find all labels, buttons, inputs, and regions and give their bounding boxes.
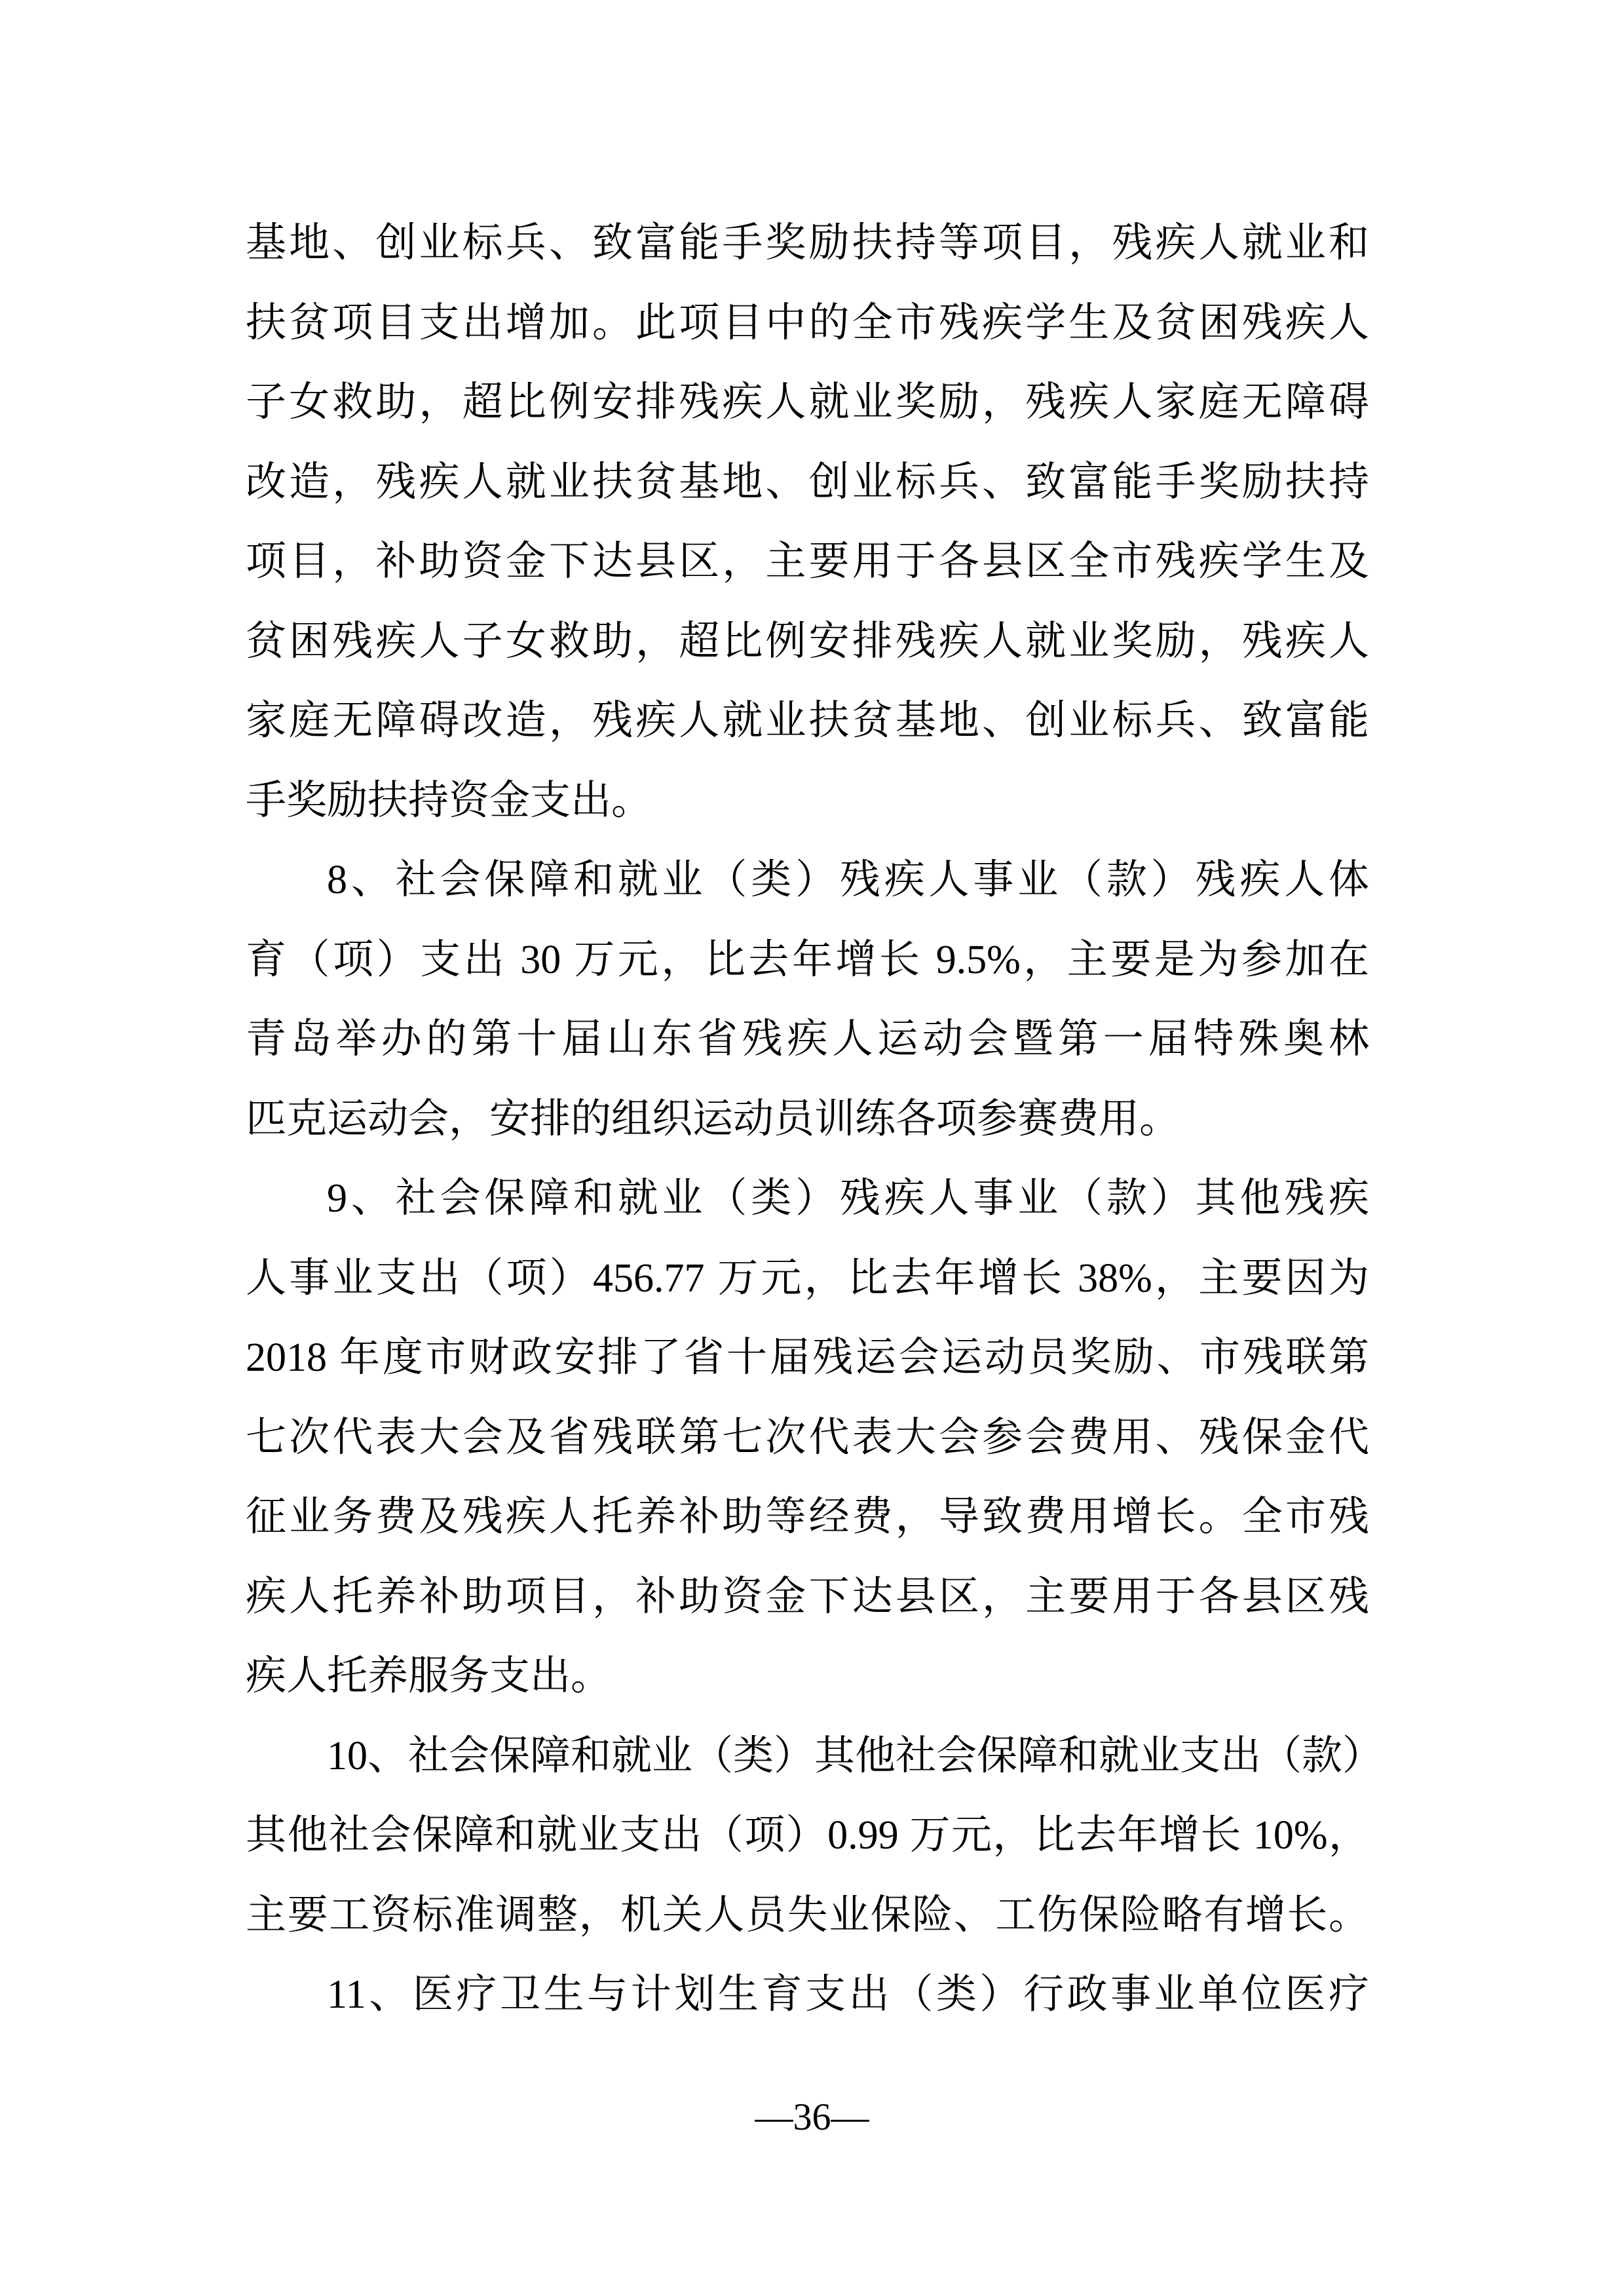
text-line: 育（项）支出 30 万元，比去年增长 9.5%，主要是为参加在 bbox=[246, 921, 1369, 1001]
document-page: 基地、创业标兵、致富能手奖励扶持等项目，残疾人就业和扶贫项目支出增加。此项目中的… bbox=[0, 0, 1624, 2296]
text-line: 扶贫项目支出增加。此项目中的全市残疾学生及贫困残疾人 bbox=[246, 284, 1369, 364]
text-line: 基地、创业标兵、致富能手奖励扶持等项目，残疾人就业和 bbox=[246, 204, 1369, 284]
text-line: 主要工资标准调整，机关人员失业保险、工伤保险略有增长。 bbox=[246, 1876, 1369, 1956]
text-line: 项目，补助资金下达县区，主要用于各县区全市残疾学生及 bbox=[246, 522, 1369, 602]
text-line: 青岛举办的第十届山东省残疾人运动会暨第一届特殊奥林 bbox=[246, 1000, 1369, 1080]
page-number: —36— bbox=[0, 2094, 1624, 2140]
text-line: 征业务费及残疾人托养补助等经费，导致费用增长。全市残 bbox=[246, 1478, 1369, 1558]
text-line: 疾人托养补助项目，补助资金下达县区，主要用于各县区残 bbox=[246, 1558, 1369, 1637]
text-line: 疾人托养服务支出。 bbox=[246, 1637, 1369, 1717]
text-line: 2018 年度市财政安排了省十届残运会运动员奖励、市残联第 bbox=[246, 1318, 1369, 1398]
text-line: 匹克运动会，安排的组织运动员训练各项参赛费用。 bbox=[246, 1080, 1369, 1160]
text-line: 七次代表大会及省残联第七次代表大会参会费用、残保金代 bbox=[246, 1398, 1369, 1478]
document-body: 基地、创业标兵、致富能手奖励扶持等项目，残疾人就业和扶贫项目支出增加。此项目中的… bbox=[246, 204, 1369, 2035]
text-line: 8、社会保障和就业（类）残疾人事业（款）残疾人体 bbox=[246, 841, 1369, 921]
text-line: 贫困残疾人子女救助，超比例安排残疾人就业奖励，残疾人 bbox=[246, 602, 1369, 682]
text-line: 10、社会保障和就业（类）其他社会保障和就业支出（款） bbox=[246, 1717, 1369, 1797]
text-line: 11、医疗卫生与计划生育支出（类）行政事业单位医疗 bbox=[246, 1955, 1369, 2035]
text-line: 其他社会保障和就业支出（项）0.99 万元，比去年增长 10%， bbox=[246, 1796, 1369, 1876]
text-line: 家庭无障碍改造，残疾人就业扶贫基地、创业标兵、致富能 bbox=[246, 681, 1369, 761]
text-line: 改造，残疾人就业扶贫基地、创业标兵、致富能手奖励扶持 bbox=[246, 443, 1369, 523]
text-line: 人事业支出（项）456.77 万元，比去年增长 38%，主要因为 bbox=[246, 1239, 1369, 1319]
text-line: 子女救助，超比例安排残疾人就业奖励，残疾人家庭无障碍 bbox=[246, 363, 1369, 443]
text-line: 手奖励扶持资金支出。 bbox=[246, 761, 1369, 841]
text-line: 9、社会保障和就业（类）残疾人事业（款）其他残疾 bbox=[246, 1159, 1369, 1239]
